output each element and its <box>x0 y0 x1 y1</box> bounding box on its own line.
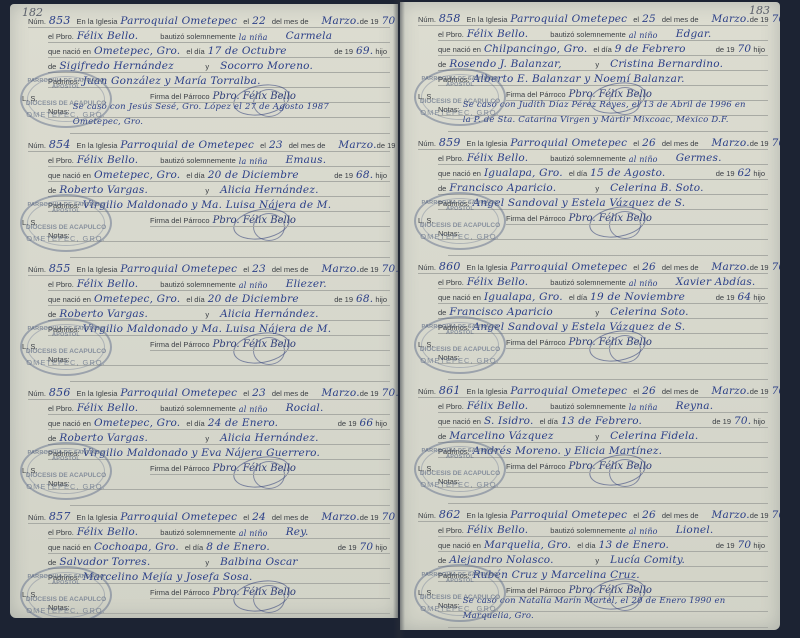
birth-date: 8 de Enero. <box>206 541 270 554</box>
notes-line-2 <box>448 118 768 132</box>
birth-date: 13 de Febrero. <box>561 415 642 428</box>
signature-line: Firma del Párroco Pbro. Félix Bello <box>506 459 768 473</box>
parents-line: de Roberto Vargas. y Alicia Hernández. <box>48 307 390 321</box>
birth-year: 70. <box>734 415 751 428</box>
birth-year: 62 <box>738 167 752 180</box>
parents-line: de Francisco Aparicio y Celerina Soto. <box>438 305 768 319</box>
birth-line: que nació en Igualapa, Gro. el día 15 de… <box>438 166 768 180</box>
mother-name: Celerina B. Soto. <box>610 182 704 195</box>
godparents: Virgilio Maldonado y Ma. Luisa Nájera de… <box>83 323 332 336</box>
record-number: 860 <box>439 260 461 274</box>
child-prefix: al niño <box>239 281 268 291</box>
birthplace: Cochoapa, Gro. <box>94 541 179 554</box>
baptism-record: PARROQUIA DE SANTIAGO APOSTOL DIOCESIS D… <box>400 506 780 630</box>
birth-date: 15 de Agosto. <box>590 167 665 180</box>
record-header-line: Núm. 862 En la Iglesia Parroquial Ometep… <box>418 508 768 522</box>
birth-year: 70 <box>738 43 752 56</box>
church-name: Parroquial Ometepec <box>510 261 627 274</box>
child-prefix: al niño <box>629 279 658 289</box>
baptism-year: 70 <box>772 509 780 522</box>
ls-mark: L. S. <box>22 218 37 227</box>
birth-year: 68. <box>356 293 373 306</box>
priest-signature: Pbro. Félix Bello <box>569 337 652 349</box>
priest-line: el Pbro. Félix Bello. bautizó solemnemen… <box>438 151 768 165</box>
baptism-year: 70. <box>772 385 780 398</box>
baptism-month: Marzo. <box>712 509 750 522</box>
birthplace: Igualapa, Gro. <box>484 167 563 180</box>
baptism-month: Marzo. <box>322 15 360 28</box>
baptism-day: 26 <box>642 137 656 150</box>
mother-name: Balbina Oscar <box>220 556 298 569</box>
priest-line: el Pbro. Félix Bello. bautizó solemnemen… <box>438 275 768 289</box>
birth-year: 70 <box>360 541 374 554</box>
child-prefix: al niño <box>239 529 268 539</box>
signature-line: Firma del Párroco Pbro. Félix Bello <box>150 585 390 599</box>
priest-name: Félix Bello. <box>77 402 138 415</box>
birthplace: Igualapa, Gro. <box>484 291 563 304</box>
baptism-day: 22 <box>252 15 266 28</box>
birth-line: que nació en Chilpancingo, Gro. el día 9… <box>438 42 768 56</box>
birth-line: que nació en Ometepec, Gro. el día 20 de… <box>48 168 390 182</box>
baptism-record: PARROQUIA DE SANTIAGO APOSTOL DIOCESIS D… <box>10 136 398 260</box>
birth-date: 9 de Febrero <box>615 43 686 56</box>
baptism-year: 70 <box>772 137 780 150</box>
notes-line-2 <box>70 368 390 382</box>
baptism-day: 23 <box>252 387 266 400</box>
priest-name: Félix Bello. <box>467 400 528 413</box>
child-name: Germes. <box>676 152 722 165</box>
baptism-month: Marzo. <box>712 137 750 150</box>
priest-name: Félix Bello. <box>467 28 528 41</box>
child-prefix: la niña <box>239 157 268 167</box>
ls-mark: L. S. <box>418 588 433 597</box>
notes-line-2 <box>70 244 390 258</box>
church-name: Parroquial Ometepec <box>120 15 237 28</box>
signature-line: Firma del Párroco Pbro. Félix Bello <box>506 211 768 225</box>
signature-line: Firma del Párroco Pbro. Félix Bello <box>506 335 768 349</box>
signature-line: Firma del Párroco Pbro. Félix Bello <box>150 213 390 227</box>
parents-line: de Roberto Vargas. y Alicia Hernández. <box>48 183 390 197</box>
child-name: Rey. <box>286 526 309 539</box>
church-name: Parroquial Ometepec <box>120 387 237 400</box>
parents-line: de Salvador Torres. y Balbina Oscar <box>48 555 390 569</box>
mother-name: Alicia Hernández. <box>220 432 319 445</box>
notes-line-2 <box>448 614 768 628</box>
church-name: Parroquial Ometepec <box>120 263 237 276</box>
ls-mark: L. S. <box>22 342 37 351</box>
church-name: Parroquial de Ometepec <box>120 139 254 152</box>
record-number: 861 <box>439 384 461 398</box>
child-name: Lionel. <box>676 524 714 537</box>
birth-line: que nació en S. Isidro. el día 13 de Feb… <box>438 414 768 428</box>
record-header-line: Núm. 855 En la Iglesia Parroquial Ometep… <box>28 262 390 276</box>
record-number: 859 <box>439 136 461 150</box>
priest-signature: Pbro. Félix Bello <box>213 463 296 475</box>
baptism-year: 70. <box>382 263 398 276</box>
baptism-year: 70 <box>772 261 780 274</box>
baptism-day: 24 <box>252 511 266 524</box>
priest-line: el Pbro. Félix Bello. bautizó solemnemen… <box>438 399 768 413</box>
godparents: Angel Sandoval y Estela Vázquez de S. <box>473 197 686 210</box>
ls-mark: L. S. <box>22 466 37 475</box>
baptism-record: PARROQUIA DE SANTIAGO APOSTOL DIOCESIS D… <box>10 260 398 384</box>
record-header-line: Núm. 853 En la Iglesia Parroquial Ometep… <box>28 14 390 28</box>
godparents: Alberto E. Balanzar y Noemí Balanzar. <box>473 73 685 86</box>
birth-year: 68. <box>356 169 373 182</box>
birth-date: 13 de Enero. <box>599 539 670 552</box>
birth-year: 70 <box>738 539 752 552</box>
signature-line: Firma del Párroco Pbro. Félix Bello <box>150 461 390 475</box>
priest-signature: Pbro. Félix Bello <box>213 587 296 599</box>
godparents: Virgilio Maldonado y Ma. Luisa Nájera de… <box>83 199 332 212</box>
notes-line-2 <box>448 242 768 256</box>
godparents: Angel Sandoval y Estela Vázquez de S. <box>473 321 686 334</box>
priest-line: el Pbro. Félix Bello. bautizó solemnemen… <box>48 401 390 415</box>
child-name: Edgar. <box>676 28 712 41</box>
birth-line: que nació en Ometepec, Gro. el día 24 de… <box>48 416 390 430</box>
mother-name: Celerina Soto. <box>610 306 689 319</box>
record-number: 853 <box>49 14 71 28</box>
priest-name: Félix Bello. <box>467 524 528 537</box>
birthplace: Ometepec, Gro. <box>94 417 180 430</box>
birthplace: Ometepec, Gro. <box>94 169 180 182</box>
priest-name: Félix Bello. <box>77 278 138 291</box>
record-header-line: Núm. 860 En la Iglesia Parroquial Ometep… <box>418 260 768 274</box>
child-prefix: al niño <box>629 31 658 41</box>
church-name: Parroquial Ometepec <box>510 13 627 26</box>
child-prefix: la niña <box>629 403 658 413</box>
priest-line: el Pbro. Félix Bello. bautizó solemnemen… <box>438 523 768 537</box>
birthplace: S. Isidro. <box>484 415 534 428</box>
baptism-month: Marzo. <box>338 139 376 152</box>
priest-signature: Pbro. Félix Bello <box>213 215 296 227</box>
ls-mark: L. S. <box>418 216 433 225</box>
church-name: Parroquial Ometepec <box>120 511 237 524</box>
record-number: 858 <box>439 12 461 26</box>
record-number: 857 <box>49 510 71 524</box>
mother-name: Cristina Bernardino. <box>610 58 723 71</box>
birth-year: 69. <box>356 45 373 58</box>
notes-line-2 <box>70 616 390 618</box>
birth-line: que nació en Ometepec, Gro. el día 17 de… <box>48 44 390 58</box>
church-name: Parroquial Ometepec <box>510 137 627 150</box>
ls-mark: L. S. <box>418 464 433 473</box>
ls-mark: L. S. <box>22 94 37 103</box>
signature-line: Firma del Párroco Pbro. Félix Bello <box>150 337 390 351</box>
baptism-month: Marzo. <box>322 511 360 524</box>
birthplace: Ometepec, Gro. <box>94 293 180 306</box>
child-name: Xavier Abdías. <box>676 276 756 289</box>
mother-name: Lucía Comity. <box>610 554 685 567</box>
priest-line: el Pbro. Félix Bello. bautizó solemnemen… <box>48 29 390 43</box>
mother-name: Alicia Hernández. <box>220 308 319 321</box>
baptism-day: 26 <box>642 385 656 398</box>
baptism-month: Marzo. <box>322 263 360 276</box>
ls-mark: L. S. <box>22 590 37 599</box>
birthplace: Ometepec, Gro. <box>94 45 180 58</box>
priest-signature: Pbro. Félix Bello <box>569 213 652 225</box>
child-name: Rocial. <box>286 402 324 415</box>
birth-line: que nació en Cochoapa, Gro. el día 8 de … <box>48 540 390 554</box>
right-page: 183 PARROQUIA DE SANTIAGO APOSTOL DIOCES… <box>400 2 780 630</box>
birth-year: 66 <box>360 417 374 430</box>
priest-line: el Pbro. Félix Bello. bautizó solemnemen… <box>48 277 390 291</box>
parents-line: de Rosendo J. Balanzar, y Cristina Berna… <box>438 57 768 71</box>
birth-date: 24 de Enero. <box>208 417 279 430</box>
church-name: Parroquial Ometepec <box>510 509 627 522</box>
child-prefix: al niño <box>239 405 268 415</box>
baptism-year: 70 <box>772 13 780 26</box>
child-name: Carmela <box>286 30 333 43</box>
birth-line: que nació en Ometepec, Gro. el día 20 de… <box>48 292 390 306</box>
child-prefix: la niña <box>239 33 268 43</box>
parents-line: de Alejandro Nolasco. y Lucía Comity. <box>438 553 768 567</box>
priest-line: el Pbro. Félix Bello. bautizó solemnemen… <box>438 27 768 41</box>
record-header-line: Núm. 858 En la Iglesia Parroquial Ometep… <box>418 12 768 26</box>
parents-line: de Roberto Vargas. y Alicia Hernández. <box>48 431 390 445</box>
record-number: 856 <box>49 386 71 400</box>
baptism-month: Marzo. <box>712 13 750 26</box>
mother-name: Socorro Moreno. <box>220 60 313 73</box>
record-header-line: Núm. 861 En la Iglesia Parroquial Ometep… <box>418 384 768 398</box>
record-header-line: Núm. 854 En la Iglesia Parroquial de Ome… <box>28 138 390 152</box>
birthplace: Marquelia, Gro. <box>484 539 571 552</box>
baptism-record: PARROQUIA DE SANTIAGO APOSTOL DIOCESIS D… <box>10 384 398 508</box>
child-name: Eliezer. <box>286 278 327 291</box>
notes-line-2 <box>70 492 390 506</box>
birth-line: que nació en Marquelia, Gro. el día 13 d… <box>438 538 768 552</box>
baptism-year: 70 <box>382 511 396 524</box>
record-header-line: Núm. 857 En la Iglesia Parroquial Ometep… <box>28 510 390 524</box>
left-page: 182 PARROQUIA DE SANTIAGO APOSTOL DIOCES… <box>10 4 398 618</box>
baptism-record: PARROQUIA DE SANTIAGO APOSTOL DIOCESIS D… <box>400 134 780 258</box>
godparents: Virgilio Maldonado y Eva Nájera Guerrero… <box>83 447 320 460</box>
baptism-day: 23 <box>269 139 283 152</box>
priest-signature: Pbro. Félix Bello <box>569 461 652 473</box>
mother-name: Alicia Hernández. <box>220 184 319 197</box>
child-prefix: al niño <box>629 155 658 165</box>
birth-date: 17 de Octubre <box>208 45 287 58</box>
priest-name: Félix Bello. <box>467 276 528 289</box>
baptism-year: 70. <box>382 387 398 400</box>
record-number: 854 <box>49 138 71 152</box>
record-header-line: Núm. 856 En la Iglesia Parroquial Ometep… <box>28 386 390 400</box>
record-header-line: Núm. 859 En la Iglesia Parroquial Ometep… <box>418 136 768 150</box>
priest-line: el Pbro. Félix Bello. bautizó solemnemen… <box>48 525 390 539</box>
church-name: Parroquial Ometepec <box>510 385 627 398</box>
priest-name: Félix Bello. <box>77 526 138 539</box>
parents-line: de Francisco Aparicio. y Celerina B. Sot… <box>438 181 768 195</box>
notes-line-2 <box>448 490 768 504</box>
ls-mark: L. S. <box>418 92 433 101</box>
mother-name: Celerina Fidela. <box>610 430 698 443</box>
notes-line-2 <box>70 120 390 134</box>
parents-line: de Marcelino Vázquez y Celerina Fidela. <box>438 429 768 443</box>
baptism-record: PARROQUIA DE SANTIAGO APOSTOL DIOCESIS D… <box>400 258 780 382</box>
baptism-month: Marzo. <box>712 385 750 398</box>
child-name: Emaus. <box>286 154 327 167</box>
baptism-day: 26 <box>642 261 656 274</box>
parents-line: de Sigifredo Hernández y Socorro Moreno. <box>48 59 390 73</box>
baptism-record: PARROQUIA DE SANTIAGO APOSTOL DIOCESIS D… <box>10 508 398 618</box>
birth-date: 20 de Diciembre <box>208 169 299 182</box>
priest-signature: Pbro. Félix Bello <box>213 339 296 351</box>
baptism-day: 25 <box>642 13 656 26</box>
baptism-year: 70 <box>382 15 396 28</box>
baptism-record: PARROQUIA DE SANTIAGO APOSTOL DIOCESIS D… <box>400 382 780 506</box>
priest-name: Félix Bello. <box>467 152 528 165</box>
baptism-month: Marzo. <box>322 387 360 400</box>
birth-line: que nació en Igualapa, Gro. el día 19 de… <box>438 290 768 304</box>
birth-date: 20 de Diciembre <box>208 293 299 306</box>
priest-name: Félix Bello. <box>77 154 138 167</box>
birth-date: 19 de Noviembre <box>590 291 685 304</box>
baptism-day: 23 <box>252 263 266 276</box>
baptism-record: PARROQUIA DE SANTIAGO APOSTOL DIOCESIS D… <box>400 10 780 134</box>
child-prefix: al niño <box>629 527 658 537</box>
record-number: 862 <box>439 508 461 522</box>
ls-mark: L. S. <box>418 340 433 349</box>
birthplace: Chilpancingo, Gro. <box>484 43 587 56</box>
baptism-month: Marzo. <box>712 261 750 274</box>
birth-year: 64 <box>738 291 752 304</box>
priest-name: Félix Bello. <box>77 30 138 43</box>
baptism-day: 26 <box>642 509 656 522</box>
priest-line: el Pbro. Félix Bello. bautizó solemnemen… <box>48 153 390 167</box>
baptism-record: PARROQUIA DE SANTIAGO APOSTOL DIOCESIS D… <box>10 12 398 136</box>
notes-line-2 <box>448 366 768 380</box>
record-number: 855 <box>49 262 71 276</box>
child-name: Reyna. <box>676 400 714 413</box>
